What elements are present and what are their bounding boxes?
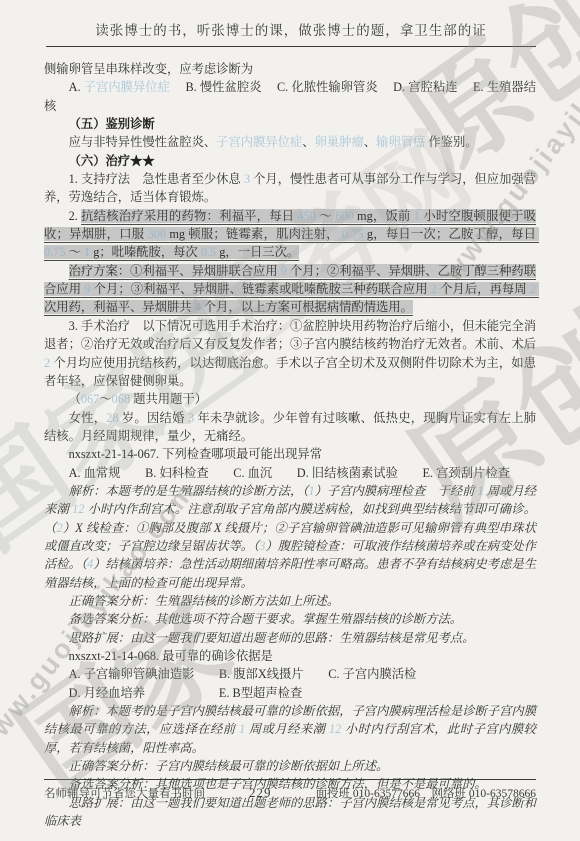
- hidden-answer-text: 输卵管癌: [376, 135, 428, 149]
- text-run: 女性，: [69, 411, 107, 425]
- section-heading: （五）鉴别诊断: [44, 115, 536, 133]
- text-run: 1. 支持疗法 急性患者至少休息: [69, 172, 241, 186]
- text-run: （六）治疗★★: [69, 154, 155, 168]
- text-run: 侧输卵管呈串珠样改变，应考虑诊断为: [44, 62, 253, 76]
- question-stem: 女性，28 岁。因结婚 3 年未孕就诊。少年曾有过咳嗽、低热史，现胸片证实有左上…: [44, 409, 536, 446]
- text-run: A. 子宫输卵管碘油造影 B. 腹部X线摄片 C. 子宫内膜活检: [69, 667, 417, 681]
- highlighted-paragraph: 2. 抗结核治疗采用的药物：利福平，每日 450 ～ 600 mg，饭前 1 小…: [44, 207, 536, 262]
- answer-analysis: 备选答案分析：其他选项不符合题干要求。掌握生殖器结核的诊断方法。: [44, 610, 536, 628]
- footer-left-text: 名师辅导可节省您大量看书时间: [44, 785, 205, 801]
- hidden-answer-text: 450: [294, 209, 319, 223]
- text-run: 正确答案分析：生殖器结核的诊断方法如上所述。: [69, 594, 340, 608]
- highlighted-text: 次用药，利福平、异烟肼共: [44, 300, 192, 314]
- options-row: D. 月经血培养 E. B型超声检查: [44, 684, 536, 702]
- highlighted-text: ～: [69, 245, 81, 259]
- document-page: 读张博士的书，听张博士的课，做张博士的题，拿卫生部的证 侧输卵管呈串珠样改变，应…: [0, 0, 580, 841]
- text-run: 思路扩展：由这一题我们要知道出题老师的思路：生殖器结核是常见考点。: [69, 631, 475, 645]
- highlighted-text: 个月后，再每周: [440, 282, 527, 296]
- text-run: 、: [302, 135, 314, 149]
- hidden-answer-text: 068: [112, 392, 134, 406]
- answer-analysis: 正确答案分析：子宫内膜结核最可靠的诊断依据如上所述。: [44, 757, 536, 775]
- text-run: 解析：本题考的是生殖器结核的诊断方法，（: [69, 484, 309, 498]
- hidden-answer-text: 子宫内膜异位症: [84, 80, 170, 94]
- highlighted-text: g，每日一次；乙胺丁醇，每日: [367, 227, 536, 241]
- text-run: A.: [69, 80, 84, 94]
- hidden-answer-text: 1: [236, 722, 249, 736]
- text-run: ）子宫内膜病理检查 于经前: [315, 484, 475, 498]
- text-run: 个月均应使用抗结核药，以达彻底治愈。手术以子宫全切术及双侧附件切除术为主，如患者…: [44, 356, 536, 388]
- section-heading: （六）治疗★★: [44, 152, 536, 170]
- hidden-answer-text: 3: [241, 172, 253, 186]
- hidden-answer-text: 2: [527, 282, 539, 296]
- answer-analysis: 思路扩展：由这一题我们要知道出题老师的思路：生殖器结核是常见考点。: [44, 629, 536, 647]
- paragraph: 3. 手术治疗 以下情况可选用手术治疗：①盆腔肿块用药物治疗后缩小，但未能完全消…: [44, 317, 536, 390]
- text-run: ～: [99, 392, 111, 406]
- paragraph-continuation: 侧输卵管呈串珠样改变，应考虑诊断为: [44, 60, 536, 78]
- highlighted-text: g；吡嗪酰胺，每次: [93, 245, 198, 259]
- text-run: 岁。因结婚: [122, 411, 185, 425]
- page-number: 229: [249, 785, 272, 801]
- analysis-paragraph: 解析：本题考的是子宫内膜结核最可靠的诊断依据，子宫内膜病理活检是诊断子宫内膜结核…: [44, 702, 536, 757]
- text-run: 应与非特异性慢性盆腔炎、: [69, 135, 217, 149]
- analysis-paragraph: 解析：本题考的是生殖器结核的诊断方法，（1）子宫内膜病理检查 于经前 1 周或月…: [44, 482, 536, 592]
- hidden-answer-text: 12: [69, 502, 88, 516]
- shared-stem-note: （067～068 题共用题干）: [44, 390, 536, 408]
- hidden-answer-text: 卵巢肿瘤: [315, 135, 364, 149]
- text-run: 题共用题干）: [133, 392, 207, 406]
- text-run: 正确答案分析：子宫内膜结核最可靠的诊断依据如上所述。: [69, 759, 389, 773]
- paragraph: 1. 支持疗法 急性患者至少休息 3 个月，慢性患者可从事部分工作与学习，但应加…: [44, 170, 536, 207]
- highlighted-text: mg 顿服；链霉素，肌肉注射，: [169, 227, 338, 241]
- question-number: nxszxt-21-14-068. 最可靠的确诊依据是: [44, 647, 536, 665]
- text-run: 作鉴别。: [428, 135, 477, 149]
- text-run: 、: [364, 135, 376, 149]
- options-row: A. 子宫输卵管碘油造影 B. 腹部X线摄片 C. 子宫内膜活检: [44, 665, 536, 683]
- hidden-answer-text: 1: [81, 245, 93, 259]
- footer-right-text: 面授班 010-63577666 网络班 010-63578666: [316, 785, 536, 801]
- hidden-answer-text: 9: [81, 282, 93, 296]
- text-run: nxszxt-21-14-068. 最可靠的确诊依据是: [69, 649, 273, 663]
- hidden-answer-text: 300: [144, 227, 169, 241]
- highlighted-text: mg，饭前: [357, 209, 411, 223]
- highlighted-text: g，一日三次。: [219, 245, 299, 259]
- highlighted-text: 个月，以上方案可根据病情酌情选用。: [204, 300, 413, 314]
- paragraph: 应与非特异性慢性盆腔炎、子宫内膜异位症、卵巢肿瘤、输卵管癌 作鉴别。: [44, 133, 536, 151]
- highlighted-paragraph: 治疗方案：①利福平、异烟肼联合应用 9 个月；②利福平、异烟肼、乙胺丁醇三种药联…: [44, 262, 536, 317]
- text-run: 3. 手术治疗 以下情况可选用手术治疗：①盆腔肿块用药物治疗后缩小，但未能完全消…: [44, 319, 536, 351]
- hidden-answer-text: 0.5: [198, 245, 220, 259]
- hidden-answer-text: 0.75: [339, 227, 367, 241]
- hidden-answer-text: 2: [428, 282, 440, 296]
- text-run: D. 月经血培养 E. B型超声检查: [69, 686, 303, 700]
- highlighted-text: ～: [319, 209, 332, 223]
- hidden-answer-text: 1: [411, 209, 424, 223]
- text-run: 周或月经来潮: [249, 722, 326, 736]
- options-row: A. 血常规 B. 妇科检查 C. 血沉 D. 旧结核菌素试验 E. 宫颈刮片检…: [44, 464, 536, 482]
- hidden-answer-text: 4: [192, 300, 204, 314]
- highlighted-text: 个月；③利福平、异烟肼、链霉素或吡嗪酰胺三种药联合应用: [94, 282, 428, 296]
- text-run: （: [69, 392, 81, 406]
- text-run: ）结核菌培养：急性活动期细菌培养阳性率可略高。患者不孕有结核病史考虑是生殖器结核…: [44, 557, 536, 589]
- answer-analysis: 正确答案分析：生殖器结核的诊断方法如上所述。: [44, 592, 536, 610]
- hidden-answer-text: 28: [106, 411, 122, 425]
- highlighted-text: 抗结核治疗采用的药物：利福平，每日: [81, 209, 294, 223]
- header-slogan: 读张博士的书，听张博士的课，做张博士的题，拿卫生部的证: [95, 23, 487, 38]
- hidden-answer-text: 3: [185, 411, 198, 425]
- page-footer: 名师辅导可节省您大量看书时间 229 面授班 010-63577666 网络班 …: [44, 779, 536, 801]
- text-run: A. 血常规 B. 妇科检查 C. 血沉 D. 旧结核菌素试验 E. 宫颈刮片检…: [69, 466, 510, 480]
- document-body: 侧输卵管呈串珠样改变，应考虑诊断为A. 子宫内膜异位症 B. 慢性盆腔炎 C. …: [44, 60, 536, 830]
- question-number: nxszxt-21-14-067. 下列检查哪项最可能出现异常: [44, 445, 536, 463]
- hidden-answer-text: 12: [325, 722, 344, 736]
- highlighted-text: 治疗方案：①利福平、异烟肼联合应用: [69, 264, 278, 278]
- hidden-answer-text: 子宫内膜异位症: [216, 135, 302, 149]
- text-run: 2.: [69, 209, 82, 223]
- text-run: 备选答案分析：其他选项不符合题干要求。掌握生殖器结核的诊断方法。: [69, 612, 463, 626]
- options-row: A. 子宫内膜异位症 B. 慢性盆腔炎 C. 化脓性输卵管炎 D. 宫腔粘连 E…: [44, 78, 536, 115]
- hidden-answer-text: 1: [474, 484, 486, 498]
- hidden-answer-text: 9: [278, 264, 290, 278]
- page-header: 读张博士的书，听张博士的课，做张博士的题，拿卫生部的证: [46, 19, 536, 47]
- hidden-answer-text: 067: [81, 392, 99, 406]
- hidden-answer-text: 600: [332, 209, 357, 223]
- text-run: （五）鉴别诊断: [69, 117, 155, 131]
- text-run: nxszxt-21-14-067. 下列检查哪项最可能出现异常: [69, 447, 322, 461]
